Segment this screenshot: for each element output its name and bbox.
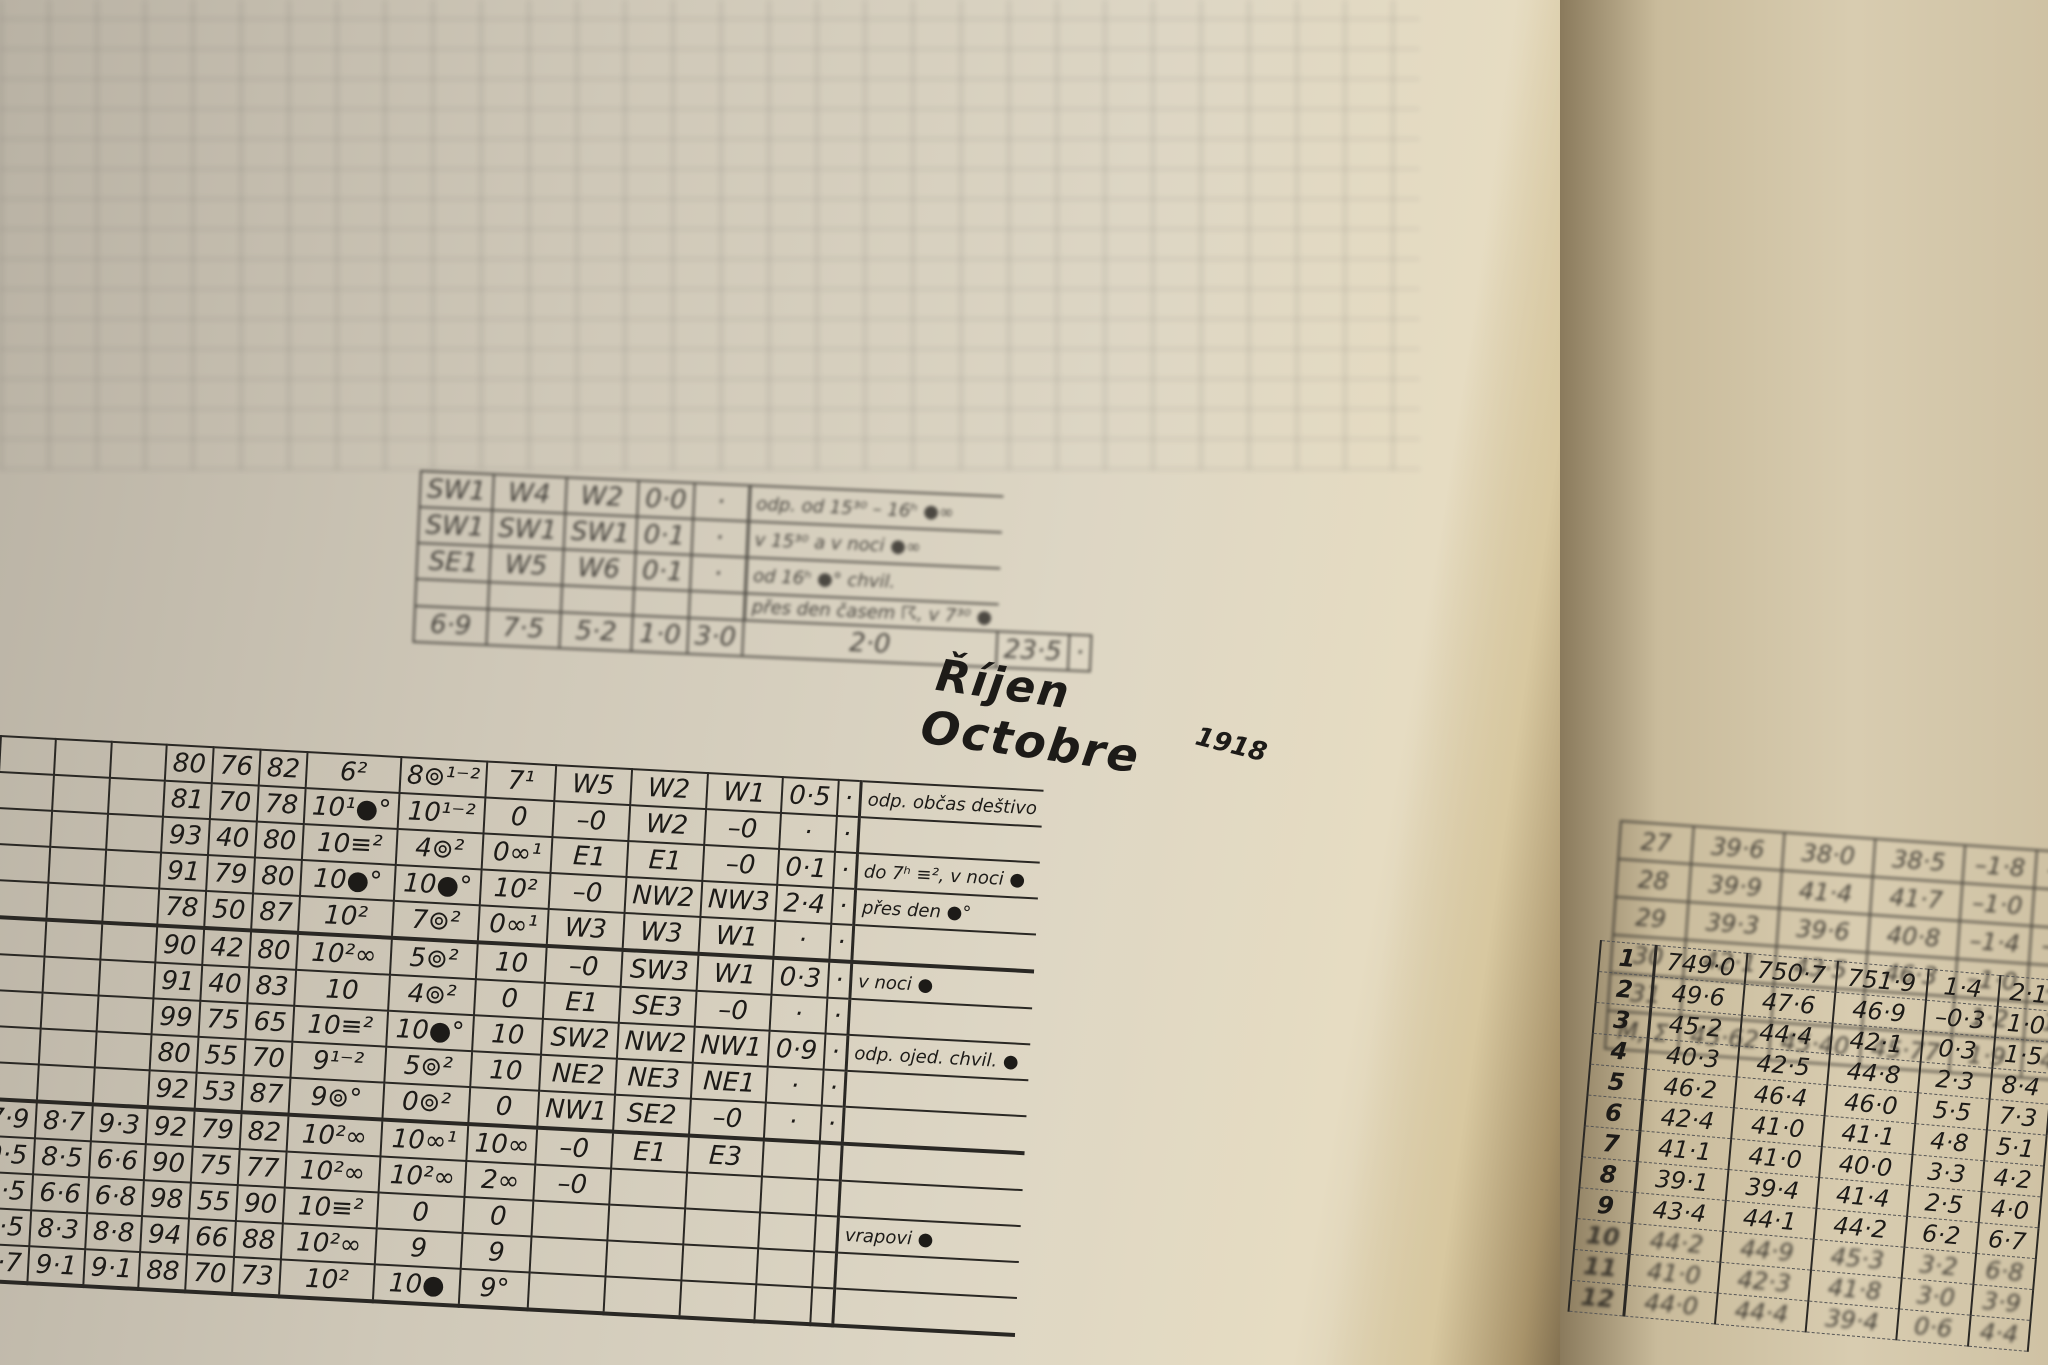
- cloud-cell: 10: [471, 1051, 542, 1091]
- cloud-cell: 10∞: [467, 1124, 538, 1165]
- mark-cell: ·: [827, 961, 852, 999]
- temp-cell: [94, 1031, 151, 1070]
- mark-cell: ·: [691, 519, 748, 557]
- temp-cell: 6·5: [0, 1171, 33, 1210]
- precip-cell: ·: [764, 1103, 821, 1143]
- temp-cell: [106, 814, 163, 853]
- value-cell: –1·0: [1960, 883, 2035, 926]
- humidity-cell: 50: [204, 891, 253, 930]
- temp-cell: [45, 920, 102, 960]
- value-cell: 40·8: [1867, 915, 1960, 959]
- cloud-cell: 0∞¹: [478, 905, 549, 946]
- cloud-cell: 9: [374, 1228, 463, 1268]
- mark-cell: ·: [823, 1034, 848, 1071]
- temp-cell: [100, 923, 157, 963]
- humidity-cell: 82: [259, 750, 308, 788]
- temp-cell: [0, 772, 54, 811]
- total-cell: ·: [1068, 634, 1092, 671]
- wind-cell: NW3: [700, 881, 777, 921]
- humidity-cell: 75: [199, 1001, 248, 1039]
- precip-cell: 2·4: [776, 885, 833, 924]
- temp-cell: [0, 880, 49, 920]
- wind-cell: [609, 1169, 686, 1209]
- day-cell: 5: [1587, 1064, 1645, 1100]
- precip-cell: 0·0: [637, 481, 694, 519]
- value-cell: –1·4: [1957, 921, 2032, 964]
- temp-cell: 9·5: [0, 1136, 35, 1175]
- wind-cell: W3: [547, 909, 625, 950]
- humidity-cell: 78: [157, 889, 206, 928]
- wind-cell: W1: [696, 954, 774, 995]
- humidity-cell: 70: [185, 1255, 234, 1294]
- cloud-cell: 5⊚²: [390, 938, 479, 979]
- humidity-cell: 70: [244, 1039, 293, 1077]
- wind-cell: SW1: [418, 507, 492, 546]
- day-cell: 7: [1582, 1126, 1640, 1162]
- temp-cell: [37, 1065, 94, 1105]
- temp-cell: [0, 808, 52, 847]
- temp-cell: 7·9: [0, 1099, 37, 1139]
- cloud-cell: 10: [295, 970, 390, 1011]
- september-tail-table: SW1W4W20·0·odp. od 15³⁰ – 16ʰ ●∞SW1SW1SW…: [412, 470, 1098, 672]
- temp-cell: [0, 844, 51, 883]
- cloud-cell: 9⊚°: [289, 1078, 384, 1120]
- total-cell: 1·0: [632, 615, 689, 653]
- humidity-cell: 80: [150, 1034, 199, 1072]
- humidity-cell: 81: [163, 781, 212, 819]
- temp-cell: 6·6: [89, 1141, 146, 1180]
- cloud-cell: 10²∞: [281, 1223, 376, 1264]
- cloud-cell: 0: [376, 1192, 465, 1232]
- value-cell: 39·6: [1691, 826, 1784, 870]
- humidity-cell: 73: [232, 1257, 281, 1296]
- cloud-cell: 7¹: [486, 762, 557, 802]
- mark-cell: ·: [690, 555, 747, 593]
- cloud-cell: 10²∞: [287, 1115, 382, 1157]
- mark-cell: ·: [821, 1070, 846, 1107]
- value-cell: –1·8: [1963, 845, 2038, 888]
- cloud-cell: 10≡²: [302, 824, 397, 865]
- humidity-cell: 40: [208, 819, 257, 857]
- temp-cell: [52, 775, 109, 814]
- wind-cell: E1: [611, 1132, 689, 1173]
- mark-cell: ·: [833, 852, 858, 889]
- total-cell: 3·0: [687, 618, 744, 656]
- temp-cell: [98, 960, 155, 999]
- mark-cell: ·: [831, 888, 856, 925]
- wind-cell: –0: [535, 1128, 613, 1169]
- wind-cell: SW1: [563, 513, 637, 552]
- humidity-cell: 80: [165, 745, 214, 783]
- wind-cell: [560, 585, 634, 615]
- humidity-cell: 55: [189, 1183, 238, 1221]
- mark-cell: [688, 591, 744, 620]
- temp-cell: 8·8: [85, 1213, 142, 1252]
- day-cell: 1: [1598, 941, 1656, 977]
- wind-cell: –0: [549, 873, 626, 913]
- precip-cell: ·: [766, 1067, 823, 1106]
- precip-cell: [758, 1212, 815, 1251]
- humidity-cell: 82: [240, 1112, 289, 1151]
- day-cell: 4: [1590, 1033, 1648, 1069]
- mark-cell: [810, 1287, 835, 1325]
- humidity-cell: 88: [234, 1221, 283, 1259]
- cloud-cell: 10●: [372, 1264, 461, 1305]
- precip-cell: ·: [779, 813, 836, 852]
- cloud-cell: 4⊚²: [395, 829, 484, 869]
- cloud-cell: 10¹⁻²: [397, 793, 486, 833]
- temp-cell: [0, 736, 56, 775]
- wind-cell: W6: [562, 549, 636, 588]
- pressure-table: 1749·0750·7751·91·42·1249·647·646·9–0·31…: [1567, 940, 2048, 1352]
- precip-cell: [755, 1284, 812, 1324]
- wind-cell: W2: [630, 769, 707, 809]
- wind-cell: SE2: [613, 1095, 691, 1136]
- temp-cell: [102, 886, 159, 926]
- cloud-cell: 10¹●°: [304, 788, 399, 829]
- humidity-cell: 90: [144, 1144, 193, 1182]
- day-cell: 28: [1616, 859, 1692, 902]
- cloud-cell: 10²∞: [378, 1156, 467, 1196]
- value-cell: 3·9: [1970, 1284, 2033, 1320]
- wind-cell: –0: [545, 946, 623, 987]
- humidity-cell: 42: [202, 928, 251, 967]
- cloud-cell: 10²∞: [285, 1152, 380, 1193]
- temp-cell: 6·8: [87, 1177, 144, 1216]
- humidity-cell: 70: [210, 783, 259, 821]
- humidity-cell: 87: [251, 893, 300, 932]
- humidity-cell: 80: [249, 930, 298, 969]
- humidity-cell: 93: [161, 817, 210, 855]
- day-cell: 8: [1579, 1157, 1637, 1193]
- cloud-cell: 0⊚²: [382, 1083, 471, 1124]
- precip-cell: 0·1: [778, 849, 835, 888]
- humidity-cell: 80: [255, 822, 304, 860]
- mark-cell: [812, 1251, 837, 1288]
- cloud-cell: 10²∞: [296, 933, 391, 975]
- humidity-cell: 92: [148, 1070, 197, 1109]
- value-cell: 5·1: [1984, 1130, 2047, 1166]
- mark-cell: ·: [693, 483, 750, 521]
- temp-cell: [39, 1029, 96, 1068]
- cloud-cell: 10●°: [393, 865, 482, 905]
- precip-cell: ·: [770, 995, 827, 1034]
- cloud-cell: 10: [476, 942, 547, 983]
- humidity-cell: 75: [191, 1147, 240, 1185]
- wind-cell: SW1: [419, 471, 493, 510]
- wind-cell: W4: [492, 474, 566, 513]
- cloud-cell: 2∞: [465, 1161, 536, 1201]
- wind-cell: –0: [694, 991, 771, 1031]
- cloud-cell: 10≡²: [283, 1188, 378, 1229]
- cloud-cell: 10: [473, 1015, 544, 1055]
- value-cell: 39·6: [1776, 908, 1869, 952]
- value-cell: 41·4: [1779, 870, 1872, 914]
- mark-cell: ·: [835, 816, 860, 853]
- wind-cell: W3: [623, 913, 701, 954]
- wind-cell: W1: [698, 917, 776, 958]
- cloud-cell: 10≡²: [293, 1006, 388, 1047]
- value-cell: 4·2: [1981, 1161, 2044, 1197]
- precip-cell: [633, 588, 689, 617]
- temp-cell: [43, 957, 100, 996]
- wind-cell: NW2: [624, 877, 701, 917]
- mark-cell: ·: [825, 998, 850, 1035]
- humidity-cell: 53: [195, 1073, 244, 1112]
- day-cell: 12: [1569, 1280, 1627, 1316]
- cloud-cell: 10²: [279, 1259, 374, 1301]
- cloud-cell: 0: [463, 1197, 534, 1237]
- wind-cell: –0: [534, 1165, 611, 1205]
- humidity-cell: 90: [236, 1185, 285, 1223]
- day-cell: 6: [1585, 1095, 1643, 1131]
- day-cell: 29: [1613, 897, 1689, 940]
- temp-cell: 8·7: [35, 1101, 92, 1141]
- wind-cell: [605, 1240, 682, 1280]
- wind-cell: SW3: [621, 950, 699, 991]
- wind-cell: SW1: [491, 510, 565, 549]
- wind-cell: SW2: [541, 1019, 618, 1059]
- temp-cell: [0, 990, 43, 1029]
- cloud-cell: 9¹⁻²: [291, 1042, 386, 1083]
- temp-cell: 9·3: [91, 1104, 148, 1144]
- humidity-cell: 91: [159, 853, 208, 891]
- wind-cell: –0: [704, 809, 781, 849]
- wind-cell: [681, 1244, 758, 1284]
- precip-cell: ·: [774, 921, 831, 961]
- mark-cell: ·: [819, 1105, 844, 1143]
- humidity-cell: 78: [257, 786, 306, 824]
- humidity-cell: 79: [193, 1110, 242, 1149]
- temp-cell: [51, 811, 108, 850]
- wind-cell: [679, 1280, 757, 1321]
- temp-cell: 9·1: [28, 1246, 85, 1286]
- cloud-cell: 10²: [298, 896, 393, 938]
- total-cell: 7·5: [486, 609, 560, 648]
- value-cell: 4·4: [1968, 1315, 2031, 1351]
- total-cell: 6·9: [413, 606, 487, 645]
- temp-cell: [47, 883, 104, 923]
- wind-cell: NE3: [615, 1059, 692, 1099]
- value-cell: 39·9: [1689, 864, 1782, 908]
- wind-cell: –0: [702, 845, 779, 885]
- wind-cell: [488, 582, 562, 612]
- cloud-cell: 0: [469, 1087, 540, 1128]
- wind-cell: W1: [706, 773, 783, 813]
- temp-cell: 8·3: [30, 1210, 87, 1249]
- cloud-cell: 9°: [459, 1269, 530, 1310]
- value-cell: –1·4: [2035, 850, 2048, 893]
- cloud-cell: 6²: [306, 752, 401, 793]
- cloud-cell: 0∞¹: [482, 833, 553, 873]
- mark-cell: [818, 1142, 843, 1180]
- wind-cell: [607, 1205, 684, 1245]
- mark-cell: [814, 1215, 839, 1252]
- wind-cell: [603, 1276, 681, 1317]
- precip-cell: [762, 1140, 819, 1180]
- humidity-cell: 55: [197, 1037, 246, 1075]
- temp-cell: [108, 778, 165, 817]
- day-cell: 10: [1574, 1219, 1632, 1255]
- october-table: 8076826²8⊚¹⁻²7¹W5W2W10·5·odp. občas dešt…: [0, 735, 1044, 1337]
- mark-cell: ·: [829, 924, 854, 962]
- temp-cell: [49, 847, 106, 886]
- value-cell: 6·7: [1976, 1223, 2039, 1259]
- precip-cell: [757, 1248, 814, 1287]
- value-cell: 0·2: [2032, 888, 2048, 931]
- temp-cell: [54, 739, 111, 778]
- temp-cell: [0, 1062, 39, 1102]
- humidity-cell: 92: [146, 1107, 195, 1146]
- humidity-cell: 80: [253, 858, 302, 896]
- mark-cell: [816, 1179, 841, 1216]
- humidity-cell: 76: [212, 747, 261, 785]
- wind-cell: NE2: [539, 1055, 616, 1095]
- cloud-cell: 9: [461, 1233, 532, 1273]
- humidity-cell: 40: [201, 965, 250, 1003]
- day-cell: 11: [1571, 1249, 1629, 1285]
- precip-cell: 0·1: [634, 552, 691, 590]
- cloud-cell: 7⊚²: [391, 901, 480, 942]
- wind-cell: SE3: [619, 987, 696, 1027]
- precip-cell: 0·5: [781, 777, 838, 816]
- wind-cell: E1: [626, 841, 703, 881]
- cloud-cell: 10∞¹: [380, 1120, 469, 1161]
- precip-cell: 0·1: [636, 517, 693, 555]
- wind-cell: [528, 1272, 606, 1313]
- wind-cell: –0: [553, 801, 630, 841]
- temp-cell: [0, 954, 45, 993]
- wind-cell: [683, 1208, 760, 1248]
- humidity-cell: 98: [142, 1180, 191, 1218]
- wind-cell: W5: [489, 546, 563, 585]
- cloud-cell: 8⊚¹⁻²: [399, 757, 488, 797]
- wind-cell: [530, 1237, 607, 1277]
- cloud-cell: 10●°: [300, 860, 395, 901]
- day-cell: 2: [1596, 971, 1654, 1007]
- value-cell: 38·5: [1872, 839, 1965, 883]
- wind-cell: E1: [543, 983, 620, 1023]
- day-cell: 9: [1577, 1188, 1635, 1224]
- cloud-cell: 0: [484, 798, 555, 838]
- cloud-cell: 10●°: [386, 1011, 475, 1051]
- wind-cell: [685, 1173, 762, 1213]
- value-cell: 39·3: [1686, 902, 1779, 946]
- temp-cell: [93, 1067, 150, 1107]
- humidity-cell: 87: [242, 1075, 291, 1114]
- day-cell: 27: [1618, 821, 1694, 864]
- wind-cell: W2: [628, 805, 705, 845]
- wind-cell: NW2: [617, 1023, 694, 1063]
- precip-cell: 0·3: [772, 958, 829, 998]
- mark-cell: ·: [837, 780, 862, 817]
- temp-cell: 8·5: [33, 1138, 90, 1177]
- temp-cell: [110, 742, 167, 781]
- cloud-cell: 4⊚²: [388, 975, 477, 1015]
- precip-cell: [760, 1176, 817, 1215]
- temp-cell: 9·1: [83, 1249, 140, 1289]
- humidity-cell: 90: [155, 925, 204, 964]
- value-cell: 0·6: [1896, 1309, 1971, 1346]
- value-cell: 38·0: [1782, 832, 1875, 876]
- wind-cell: NE1: [691, 1063, 768, 1103]
- wind-cell: NW1: [692, 1027, 769, 1067]
- humidity-cell: 88: [138, 1252, 187, 1291]
- cloud-cell: 10²: [480, 869, 551, 909]
- wind-cell: W2: [565, 477, 639, 516]
- humidity-cell: 94: [140, 1216, 189, 1254]
- wind-cell: [415, 579, 489, 609]
- cloud-cell: 5⊚²: [384, 1047, 473, 1087]
- wind-cell: [532, 1201, 609, 1241]
- value-cell: 41·7: [1870, 877, 1963, 921]
- wind-cell: NW1: [537, 1091, 615, 1132]
- value-cell: –0·4: [2029, 926, 2048, 969]
- temp-cell: 7·5: [0, 1207, 32, 1246]
- temp-cell: [0, 1026, 41, 1065]
- humidity-cell: 79: [206, 855, 255, 893]
- temp-cell: 9·7: [0, 1243, 30, 1283]
- wind-cell: E3: [687, 1136, 765, 1177]
- blurred-september-grid: [0, 0, 1420, 470]
- precip-cell: 0·9: [768, 1031, 825, 1070]
- humidity-cell: 65: [246, 1003, 295, 1041]
- wind-cell: SE1: [416, 543, 490, 582]
- day-cell: 3: [1593, 1002, 1651, 1038]
- wind-cell: –0: [689, 1099, 767, 1140]
- humidity-cell: 77: [238, 1149, 287, 1187]
- humidity-cell: 83: [248, 967, 297, 1005]
- wind-cell: W5: [555, 765, 632, 805]
- temp-cell: [96, 995, 153, 1034]
- temp-cell: 6·6: [32, 1174, 89, 1213]
- temp-cell: [41, 993, 98, 1032]
- total-cell: 5·2: [559, 612, 633, 651]
- cloud-cell: 0: [474, 979, 545, 1019]
- temp-cell: [0, 917, 47, 957]
- humidity-cell: 91: [154, 962, 203, 1000]
- humidity-cell: 66: [187, 1219, 236, 1257]
- temp-cell: [104, 850, 161, 889]
- humidity-cell: 99: [152, 998, 201, 1036]
- wind-cell: E1: [551, 837, 628, 877]
